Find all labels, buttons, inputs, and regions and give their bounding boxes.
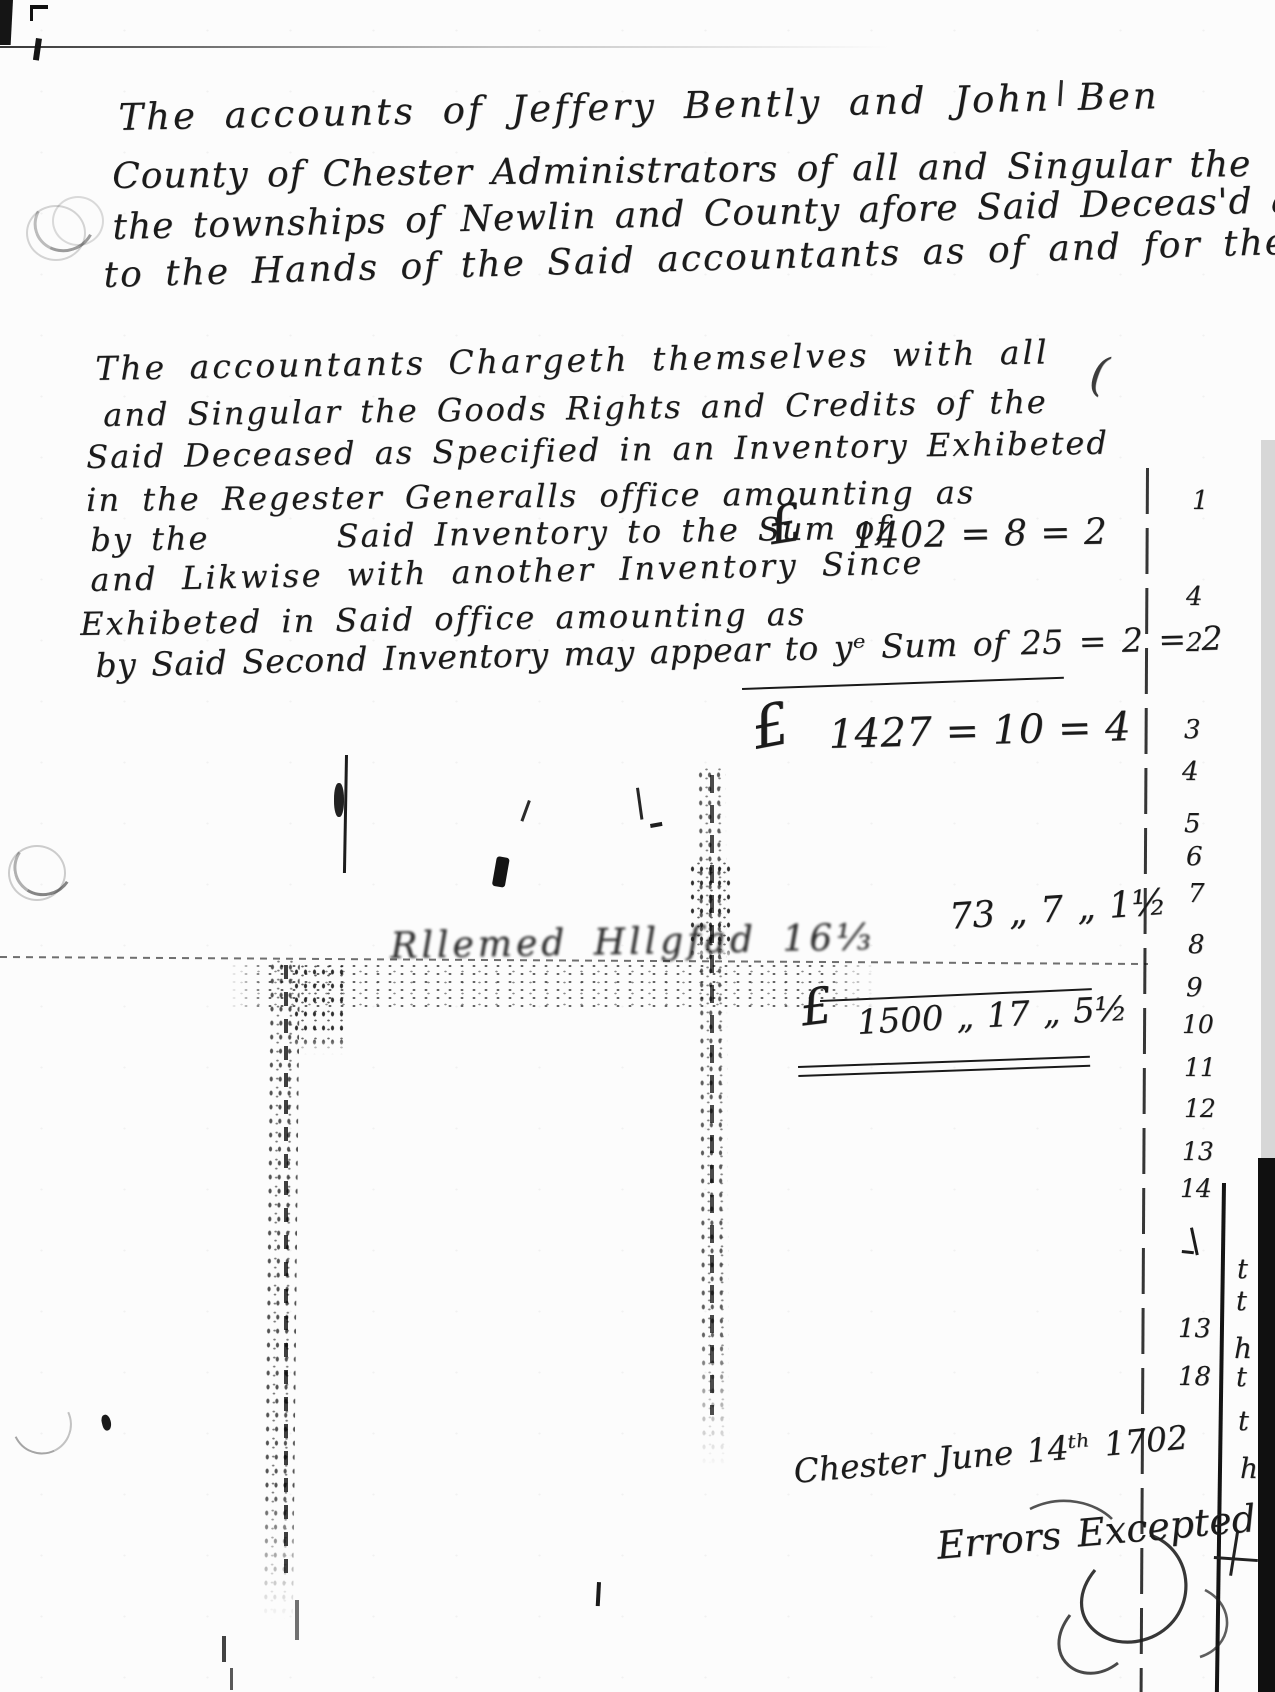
hole-punch-mark [52, 196, 104, 246]
charge-line: The accountants Chargeth themselves with… [95, 332, 1050, 388]
pen-stroke-mark [222, 1636, 226, 1662]
margin-number: 11 [1184, 1053, 1216, 1082]
pen-stroke-mark [636, 788, 643, 820]
margin-number: 4 [1182, 757, 1199, 787]
margin-cut-letter: h [1234, 1332, 1252, 1365]
scan-corner-blob [0, 0, 13, 45]
pen-stroke-mark [520, 800, 530, 822]
ink-blob-mark [100, 1414, 113, 1432]
pound-sign: £ [797, 976, 836, 1037]
fold-smudge-left-core [284, 965, 288, 1585]
hole-punch-mark [3, 1386, 80, 1463]
margin-number: 9 [1186, 973, 1203, 1003]
stray-bracket-mark: ( [1086, 346, 1111, 402]
margin-number: 18 [1178, 1362, 1211, 1392]
pen-stroke-mark [650, 822, 663, 828]
pen-stroke-mark [230, 1668, 233, 1690]
margin-number: 13 [1178, 1314, 1211, 1344]
illegible-smudged-line: Rllemed Hllgfad 16⅓ [390, 918, 875, 967]
margin-number: 5 [1184, 809, 1201, 839]
margin-number: 6 [1186, 842, 1203, 872]
margin-number: 7 [1188, 879, 1205, 909]
fold-smudge-knot [292, 965, 344, 1055]
place-date-line: Chester June 14ᵗʰ 1702 [792, 1418, 1190, 1491]
pen-stroke-mark [343, 755, 348, 873]
pen-stroke-mark [596, 1582, 601, 1606]
sum-rule-line [742, 677, 1064, 690]
margin-cut-letter: t [1237, 1254, 1248, 1285]
margin-cut-letter: t [1236, 1362, 1247, 1393]
pound-sign: £ [746, 689, 795, 763]
margin-number: 3 [1184, 715, 1201, 745]
ink-blob-mark [492, 856, 510, 888]
mid-total-line: 73 „ 7 „ 1½ [948, 882, 1168, 938]
margin-number: 1 [1192, 486, 1209, 516]
pen-tick-mark [33, 38, 42, 61]
margin-number: 13 [1182, 1137, 1214, 1166]
pen-stroke-mark [295, 1600, 299, 1640]
total-amount: 1427 = 10 = 4 [828, 704, 1132, 758]
ink-blob-mark [334, 783, 344, 817]
fold-smudge-left [261, 960, 300, 1620]
opening-line: The accounts of Jeffery Bently and John … [118, 74, 1160, 139]
pen-flourish-mark [1182, 1250, 1194, 1254]
margin-number: 10 [1182, 1010, 1214, 1039]
scan-edge-strip [1261, 440, 1275, 1160]
scan-hairline [0, 46, 890, 48]
scanned-manuscript-page: The accounts of Jeffery Bently and John … [0, 0, 1275, 1692]
scan-edge-strip [1258, 1158, 1275, 1692]
margin-number: 14 [1180, 1174, 1212, 1203]
pen-tick-mark [30, 5, 48, 21]
margin-number: 12 [1184, 1094, 1216, 1123]
margin-cut-letter: t [1238, 1406, 1249, 1437]
double-rule-line [798, 1056, 1090, 1077]
margin-number: 2 [1186, 628, 1203, 658]
margin-number: 8 [1188, 930, 1205, 960]
signature-flourish [1000, 1495, 1260, 1692]
margin-number: 4 [1186, 582, 1203, 612]
margin-cut-letter: h [1240, 1452, 1258, 1485]
margin-cut-letter: t [1236, 1286, 1247, 1317]
